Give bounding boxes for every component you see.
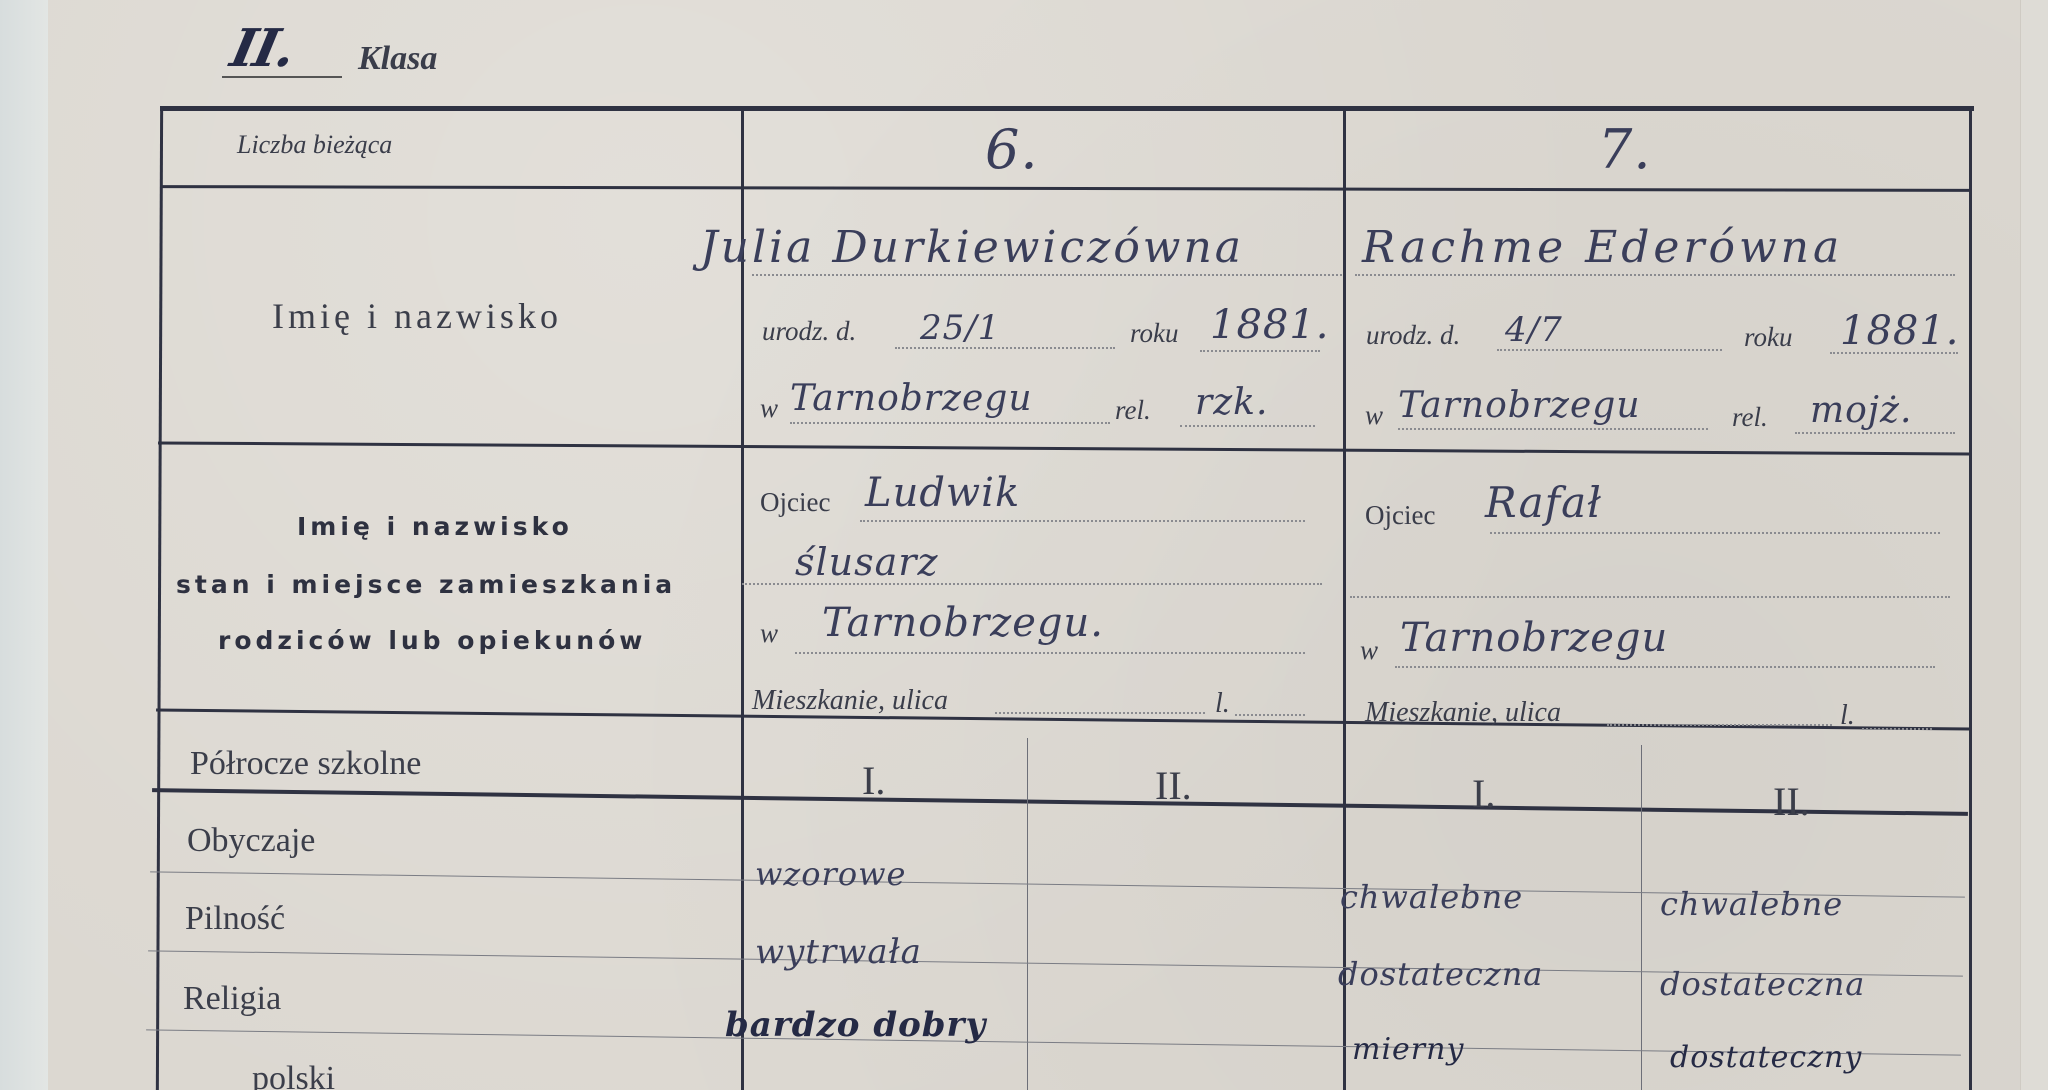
student6-name: Julia Durkiewiczówna (700, 222, 1244, 273)
student7-residence-line (1395, 666, 1935, 668)
student7-occupation-line (1350, 596, 1950, 598)
student6-religion-label: rel. (1115, 395, 1151, 426)
student7-religion: mojż. (1810, 390, 1912, 431)
student7-grade-religion-1: mierny (1352, 1032, 1464, 1067)
student7-year-label: roku (1744, 322, 1793, 353)
student6-birth-year: 1881. (1210, 302, 1330, 348)
student7-residence-place: Tarnobrzegu (1400, 615, 1668, 661)
student6-religion-line (1180, 425, 1315, 427)
student7-semester-1: I. (1472, 770, 1495, 817)
student6-in2-label: w (760, 618, 778, 649)
student6-grade-religion-1: bardzo dobry (725, 1005, 986, 1045)
student7-number: 7. (1598, 118, 1652, 181)
label-subject-polish: polski (252, 1060, 335, 1090)
student7-name-line (1355, 274, 1955, 276)
student7-birth-year-line (1830, 352, 1958, 354)
student7-street-line (1607, 724, 1832, 726)
label-parents-line2: stan i miejsce zamieszkania (176, 570, 676, 599)
student6-birth-day-line (895, 347, 1115, 349)
label-name: Imię i nazwisko (272, 295, 562, 337)
student7-religion-label: rel. (1732, 402, 1768, 433)
student7-father-name: Rafał (1485, 478, 1602, 527)
label-running-number: Liczba bieżąca (237, 130, 392, 160)
class-number: II. (226, 18, 300, 79)
student7-birth-place-line (1398, 428, 1708, 430)
student6-year-label: roku (1130, 318, 1179, 349)
student7-grade-conduct-2: chwalebne (1660, 885, 1843, 923)
label-subject-conduct: Obyczaje (187, 822, 315, 860)
student6-birth-place: Tarnobrzegu (790, 378, 1033, 419)
student6-born-label: urodz. d. (762, 316, 856, 347)
table-top-border (160, 106, 1974, 111)
label-subject-diligence: Pilność (185, 900, 285, 938)
student7-grade-diligence-1: dostateczna (1338, 955, 1543, 993)
student6-occupation-line (742, 583, 1322, 585)
semester-divider-student6 (1027, 738, 1028, 1090)
student7-father-line (1490, 532, 1940, 534)
student6-name-line (752, 274, 1342, 276)
label-parents-line1: Imię i nazwisko (297, 512, 573, 541)
student6-residence-place: Tarnobrzegu. (822, 600, 1104, 646)
student6-in-label: w (760, 393, 778, 424)
student6-birth-year-line (1200, 350, 1320, 352)
student6-semester-1: I. (862, 757, 885, 804)
label-semester: Półrocze szkolne (190, 745, 421, 783)
student6-street-line (995, 712, 1205, 714)
student7-name: Rachme Ederówna (1362, 222, 1843, 273)
label-subject-religion: Religia (183, 980, 281, 1018)
student7-birth-place: Tarnobrzegu (1398, 385, 1641, 426)
student6-semester-2: II. (1155, 762, 1192, 809)
student7-house-label: l. (1840, 700, 1855, 732)
student6-father-name: Ludwik (865, 470, 1020, 516)
student6-father-line (860, 520, 1305, 522)
student7-grade-conduct-1: chwalebne (1340, 878, 1523, 916)
student7-semester-2: II. (1773, 778, 1810, 825)
student7-street-label: Mieszkanie, ulica (1365, 697, 1561, 729)
student6-grade-conduct-1: wzorowe (755, 855, 906, 893)
student7-in-label: w (1365, 400, 1383, 431)
student6-grade-diligence-1: wytrwała (755, 932, 922, 972)
student7-father-label: Ojciec (1365, 500, 1435, 531)
student7-birth-day: 4/7 (1505, 310, 1563, 350)
student7-house-line (1862, 728, 1932, 730)
student7-birth-year: 1881. (1840, 308, 1960, 354)
student6-house-label: l. (1215, 688, 1230, 720)
table-right-border (1969, 108, 1972, 1090)
student6-residence-line (795, 652, 1305, 654)
class-number-underline (222, 76, 342, 78)
student6-father-label: Ojciec (760, 487, 830, 518)
student7-born-label: urodz. d. (1366, 320, 1460, 351)
student6-birth-day: 25/1 (920, 308, 1000, 348)
column-divider-2 (1343, 110, 1346, 1090)
student6-father-occupation: ślusarz (795, 540, 938, 584)
student6-number: 6. (985, 118, 1039, 181)
label-parents-line3: rodziców lub opiekunów (218, 626, 646, 655)
student7-in2-label: w (1360, 635, 1378, 666)
student6-house-line (1235, 714, 1305, 716)
student7-grade-religion-2: dostateczny (1670, 1040, 1862, 1075)
class-label: Klasa (358, 40, 437, 78)
student6-religion: rzk. (1195, 382, 1268, 423)
semester-divider-student7 (1641, 745, 1642, 1090)
student6-birth-place-line (790, 422, 1110, 424)
student6-street-label: Mieszkanie, ulica (752, 685, 948, 717)
student7-birth-day-line (1497, 349, 1722, 351)
student7-grade-diligence-2: dostateczna (1660, 965, 1865, 1003)
scan-left-margin (0, 0, 50, 1090)
student7-religion-line (1795, 432, 1955, 434)
next-page-edge (2020, 0, 2048, 1090)
